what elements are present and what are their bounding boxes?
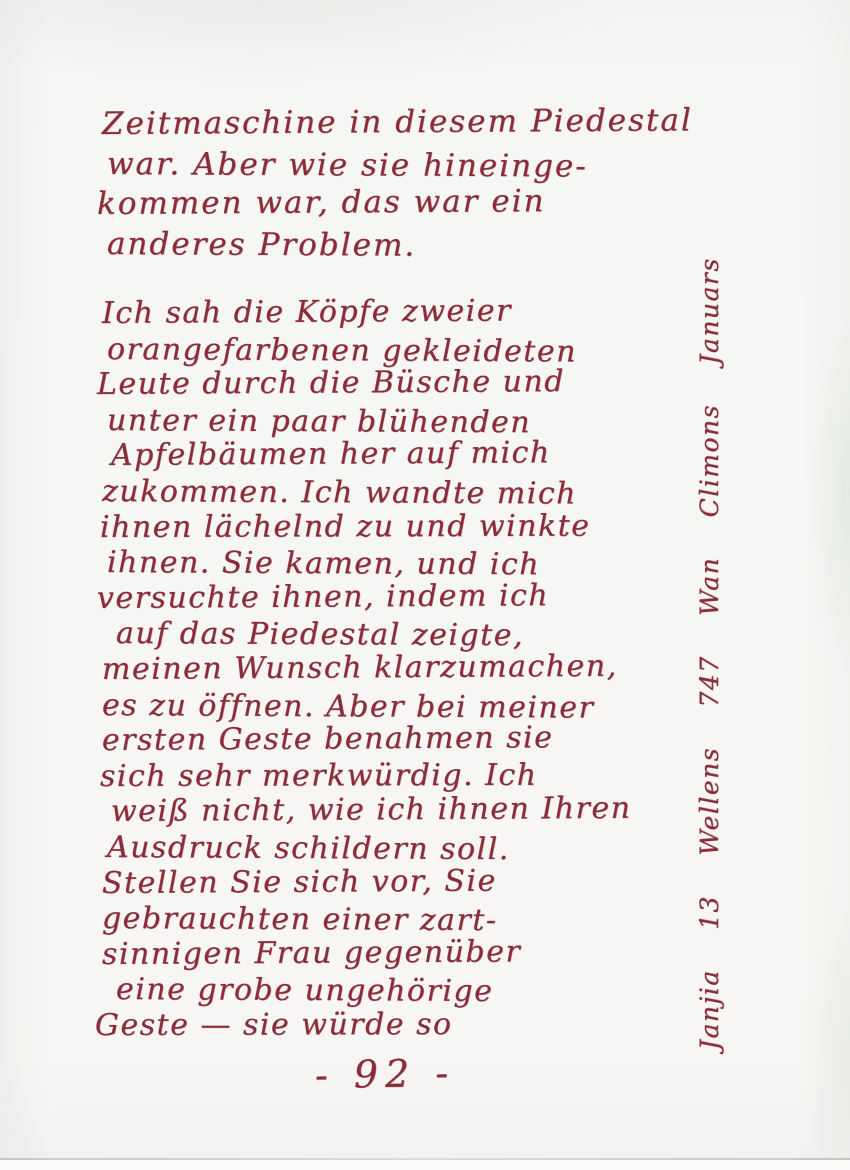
paragraph-pedestal: Zeitmaschine in diesem Piedestalwar. Abe… [102,104,693,264]
margin-note-vertical: Janjia 13 Wellens 747 Wan Climons Januar… [694,135,726,1050]
handwritten-line: versuchte ihnen, indem ich [97,577,693,616]
handwritten-line: anderes Problem. [107,224,698,267]
manuscript-page: Zeitmaschine in diesem Piedestalwar. Abe… [0,0,850,1170]
handwritten-line: kommen war, das war ein [97,180,693,224]
handwritten-line: Leute durch die Büsche und [97,364,693,403]
handwritten-line: eine grobe ungehörige [116,972,698,1011]
scan-edge-line [0,1158,850,1160]
handwritten-line: ihnen lächelnd zu und winkte [100,508,691,545]
page-number: - 92 - [0,1045,770,1102]
handwritten-line: sinnigen Frau gegenüber [102,933,693,972]
handwritten-line: Apfelbäumen her auf mich [111,435,693,474]
handwritten-line: weiß nicht, wie ich ihnen Ihren [111,791,693,830]
paragraph-eloi-approach: Ich sah die Köpfe zweierorangefarbenen g… [102,296,693,1043]
handwritten-line: Stellen Sie sich vor, Sie [102,862,693,901]
handwritten-line: Ich sah die Köpfe zweier [102,292,693,331]
handwritten-line: ersten Geste benahmen sie [102,720,693,759]
scan-bottom-strip [0,1160,850,1170]
handwritten-line: Geste — sie würde so [95,1006,691,1043]
body-text: Zeitmaschine in diesem Piedestalwar. Abe… [102,104,693,1043]
handwritten-line: sich sehr merkwürdig. Ich [100,757,691,794]
handwritten-line: meinen Wunsch klarzumachen, [102,648,693,687]
handwritten-line: Zeitmaschine in diesem Piedestal [102,100,693,144]
handwritten-line: zukommen. Ich wandte mich [102,474,698,513]
